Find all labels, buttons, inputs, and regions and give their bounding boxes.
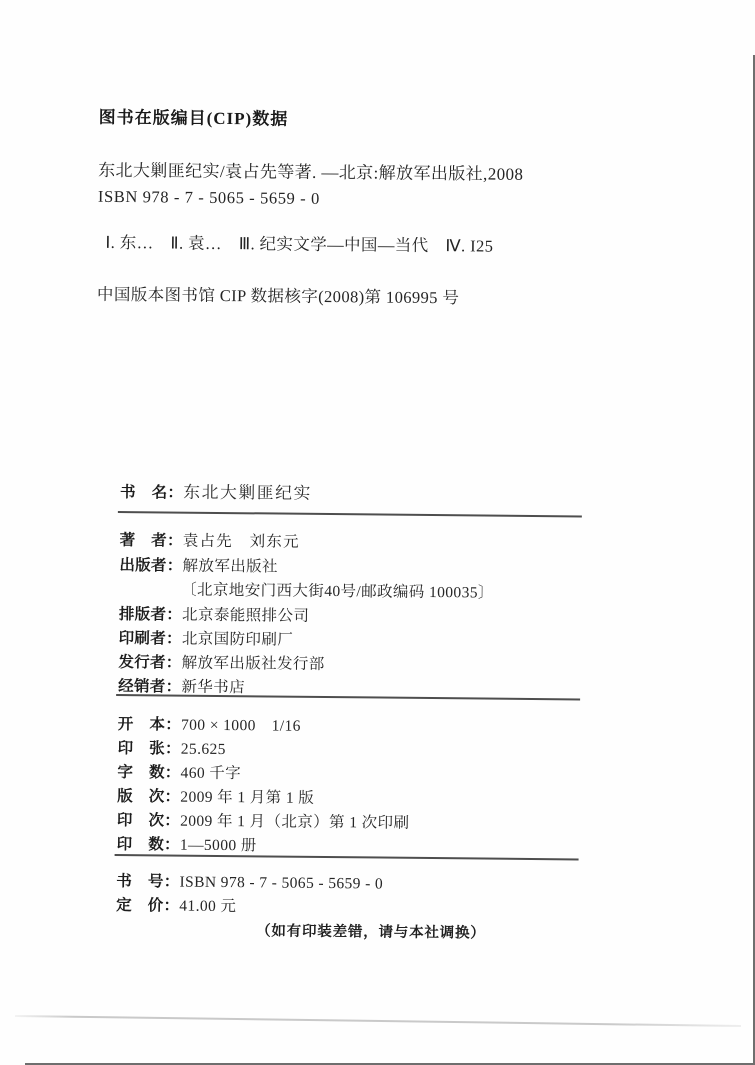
divider-rule-2 [116, 694, 580, 700]
row-label: 开 本： [118, 712, 181, 735]
cip-title-line: 东北大剿匪纪实/袁占先等著. —北京:解放军出版社,2008 [98, 156, 523, 185]
row-label: 版 次： [117, 784, 180, 807]
row-value: 2009 年 1 月第 1 版 [180, 789, 314, 807]
row-label: 书 号： [116, 869, 179, 892]
divider-rule-3 [115, 854, 579, 860]
scanned-book-copyright-page: 图书在版编目(CIP)数据 东北大剿匪纪实/袁占先等著. —北京:解放军出版社,… [0, 0, 755, 1065]
exchange-notice: （如有印装差错，请与本社调换） [116, 918, 626, 944]
row-label: 印刷者： [119, 626, 182, 649]
row-value: 解放军出版社发行部 [182, 655, 325, 673]
row-value: 41.00 元 [179, 898, 236, 916]
book-number-row: 书 号：ISBN 978 - 7 - 5065 - 5659 - 0 [116, 869, 383, 894]
publisher-row: 出版者：解放军出版社 [119, 553, 278, 577]
row-value: 东北大剿匪纪实 [183, 483, 312, 503]
row-value: 460 千字 [181, 765, 242, 783]
row-value: 700 × 1000 1/16 [181, 717, 301, 735]
row-value: 新华书店 [181, 679, 245, 697]
row-label: 定 价： [116, 893, 179, 916]
row-label: 出版者： [119, 553, 182, 576]
row-label: 印 数： [117, 832, 180, 855]
author-row: 著 者：袁占先 刘东元 [120, 528, 300, 552]
row-value: 2009 年 1 月（北京）第 1 次印刷 [180, 813, 409, 832]
row-value: ISBN 978 - 7 - 5065 - 5659 - 0 [179, 874, 383, 893]
row-label: 印 次： [117, 808, 180, 831]
printed-sheets-row: 印 张：25.625 [118, 736, 226, 759]
word-count-row: 字 数：460 千字 [117, 760, 241, 783]
publisher-address-row: 〔北京地安门西大街40号/邮政编码 100035〕 [119, 577, 494, 603]
printer-row: 印刷者：北京国防印刷厂 [119, 626, 294, 650]
page-content: 图书在版编目(CIP)数据 东北大剿匪纪实/袁占先等著. —北京:解放军出版社,… [0, 0, 755, 1065]
row-value: 25.625 [181, 741, 226, 758]
cip-isbn-line: ISBN 978 - 7 - 5065 - 5659 - 0 [98, 187, 320, 209]
impression-row: 印 次：2009 年 1 月（北京）第 1 次印刷 [117, 808, 410, 833]
row-value: 〔北京地安门西大街40号/邮政编码 100035〕 [181, 582, 494, 602]
row-label: 发行者： [118, 650, 181, 673]
row-label: 字 数： [117, 760, 180, 783]
edition-row: 版 次：2009 年 1 月第 1 版 [117, 784, 314, 808]
row-value: 解放军出版社 [182, 558, 278, 576]
typesetter-row: 排版者：北京泰能照排公司 [119, 602, 310, 626]
row-label: 印 张： [118, 736, 181, 759]
format-row: 开 本：700 × 1000 1/16 [118, 712, 301, 736]
print-run-row: 印 数：1—5000 册 [117, 832, 257, 855]
row-label: 排版者： [119, 602, 182, 625]
row-value: 1—5000 册 [180, 837, 257, 855]
row-value: 袁占先 刘东元 [183, 533, 300, 551]
cip-record-line: 中国版本图书馆 CIP 数据核字(2008)第 106995 号 [97, 281, 460, 308]
distributor-row: 发行者：解放军出版社发行部 [118, 650, 325, 674]
row-value: 北京国防印刷厂 [182, 631, 293, 649]
price-row: 定 价：41.00 元 [116, 893, 236, 916]
row-label: 书 名： [120, 480, 183, 503]
book-title-row: 书 名：东北大剿匪纪实 [120, 478, 312, 504]
cip-heading: 图书在版编目(CIP)数据 [99, 103, 289, 130]
divider-rule-1 [118, 511, 582, 517]
cip-classification-line: Ⅰ. 东… Ⅱ. 袁… Ⅲ. 纪实文学—中国—当代 Ⅳ. I25 [105, 229, 493, 257]
row-label: 著 者： [120, 528, 183, 551]
row-label [119, 594, 181, 595]
row-value: 北京泰能照排公司 [182, 607, 309, 625]
